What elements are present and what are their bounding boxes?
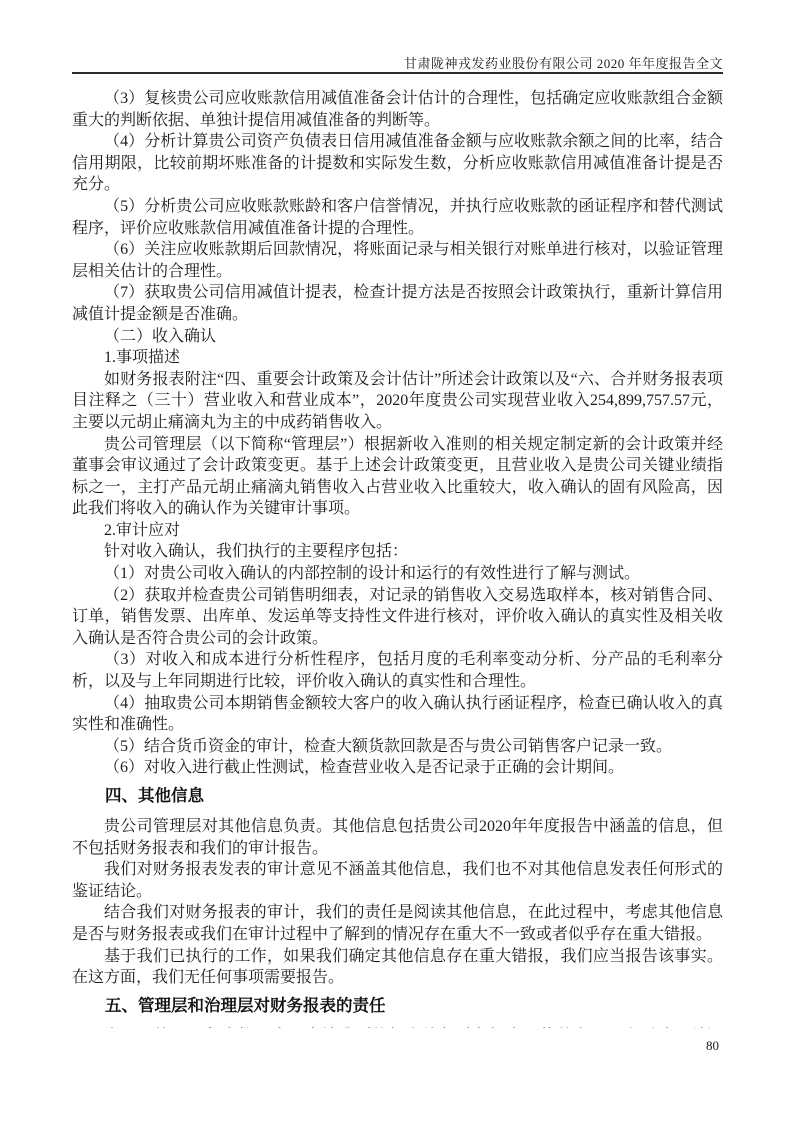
paragraph: （5）结合货币资金的审计，检查大额货款回款是否与贵公司销售客户记录一致。	[72, 736, 723, 758]
paragraph: （5）分析贵公司应收账款账龄和客户信誉情况，并执行应收账款的函证程序和替代测试程…	[72, 196, 723, 239]
section-heading: 四、其他信息	[72, 785, 723, 807]
paragraph: （4）抽取贵公司本期销售金额较大客户的收入确认执行函证程序，检查已确认收入的真实…	[72, 693, 723, 736]
page-header-title: 甘肃陇神戎发药业股份有限公司 2020 年年度报告全文	[404, 53, 723, 72]
paragraph: 如财务报表附注“四、重要会计政策及会计估计”所述会计政策以及“六、合并财务报表项…	[72, 369, 723, 434]
paragraph: （二）收入确认	[72, 326, 723, 348]
paragraph: 贵公司管理层（以下简称“管理层”）根据新收入准则的相关规定制定新的会计政策并经董…	[72, 434, 723, 520]
paragraph: （1）对贵公司收入确认的内部控制的设计和运行的有效性进行了解与测试。	[72, 563, 723, 585]
paragraph: 2.审计应对	[72, 520, 723, 542]
paragraph: （3）复核贵公司应收账款信用减值准备会计估计的合理性，包括确定应收账款组合金额重…	[72, 88, 723, 131]
report-page: 甘肃陇神戎发药业股份有限公司 2020 年年度报告全文 （3）复核贵公司应收账款…	[0, 0, 793, 1122]
paragraph: 1.事项描述	[72, 347, 723, 369]
paragraph: （3）对收入和成本进行分析性程序，包括月度的毛利率变动分析、分产品的毛利率分析，…	[72, 649, 723, 692]
page-number: 80	[706, 1038, 719, 1054]
paragraph: 针对收入确认，我们执行的主要程序包括：	[72, 541, 723, 563]
section-heading: 五、管理层和治理层对财务报表的责任	[72, 995, 723, 1017]
paragraph: （7）获取贵公司信用减值计提表，检查计提方法是否按照会计政策执行，重新计算信用减…	[72, 282, 723, 325]
paragraph: （4）分析计算贵公司资产负债表日信用减值准备金额与应收账款余额之间的比率，结合信…	[72, 131, 723, 196]
paragraph: 贵公司管理层对其他信息负责。其他信息包括贵公司2020年年度报告中涵盖的信息，但…	[72, 816, 723, 859]
paragraph: （6）对收入进行截止性测试，检查营业收入是否记录于正确的会计期间。	[72, 757, 723, 779]
paragraph: 结合我们对财务报表的审计，我们的责任是阅读其他信息，在此过程中，考虑其他信息是否…	[72, 902, 723, 945]
paragraph: （2）获取并检查贵公司销售明细表，对记录的销售收入交易选取样本，核对销售合同、订…	[72, 585, 723, 650]
paragraph: （6）关注应收账款期后回款情况，将账面记录与相关银行对账单进行核对，以验证管理层…	[72, 239, 723, 282]
paragraph: 我们对财务报表发表的审计意见不涵盖其他信息，我们也不对其他信息发表任何形式的鉴证…	[72, 859, 723, 902]
paragraph: 基于我们已执行的工作，如果我们确定其他信息存在重大错报，我们应当报告该事实。在这…	[72, 946, 723, 989]
paragraph: 贵公司管理层负责按照企业会计准则的规定编制财务报表，使其实现公允反映，并设计、	[72, 1026, 723, 1028]
header-divider-line	[72, 72, 723, 74]
document-body: （3）复核贵公司应收账款信用减值准备会计估计的合理性，包括确定应收账款组合金额重…	[72, 88, 723, 1028]
